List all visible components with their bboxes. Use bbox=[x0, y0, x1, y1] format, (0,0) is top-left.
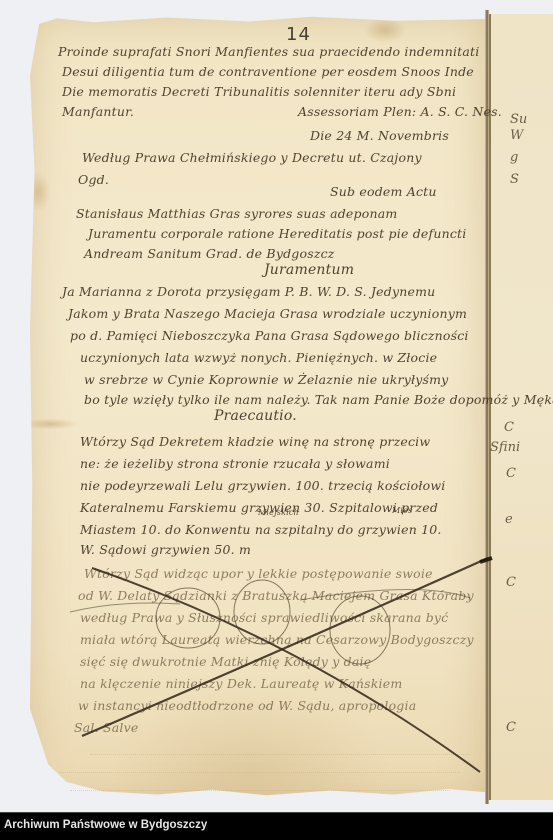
section-heading-juramentum: Juramentum bbox=[264, 262, 354, 278]
manuscript-line: Według Prawa Chełmińskiego y Decretu ut.… bbox=[82, 150, 422, 165]
adjacent-page-fragment: Sfini bbox=[490, 440, 520, 455]
adjacent-page-fragment: C bbox=[506, 466, 516, 481]
juramentum-line: w srebrze w Cynie Koprownie w Żelaznie n… bbox=[84, 372, 448, 387]
manuscript-line: Proinde suprafati Snori Manfientes sua p… bbox=[58, 44, 479, 59]
adjacent-page-fragment: C bbox=[506, 720, 516, 735]
juramentum-line: po d. Pamięci Nieboszczyka Pana Grasa Są… bbox=[70, 328, 469, 343]
section-heading-praecautio: Praecautio. bbox=[214, 408, 297, 424]
praecautio-line: W. Sądowi grzywien 50. m bbox=[80, 542, 251, 557]
struck-line: miała wtórą Laureatą wierzchną na Cesarz… bbox=[80, 632, 474, 647]
document-viewer: 14 Proinde suprafati Snori Manfientes su… bbox=[0, 0, 553, 812]
manuscript-line: Sub eodem Actu bbox=[330, 184, 437, 199]
bleed-through-text bbox=[60, 760, 460, 773]
interlinear-note: Miejskich bbox=[258, 508, 299, 517]
praecautio-line: Wtórzy Sąd Dekretem kładzie winę na stro… bbox=[80, 434, 430, 449]
adjacent-page-fragment: Su bbox=[510, 112, 527, 127]
struck-line: Sal. Salve bbox=[74, 720, 138, 735]
manuscript-line: Ogd. bbox=[78, 172, 109, 187]
manuscript-line: Die memoratis Decreti Tribunalitis solen… bbox=[62, 84, 456, 99]
struck-line: na klęczenie niniejszy Dek. Laureatę w K… bbox=[80, 676, 402, 691]
archive-attribution: Archiwum Państwowe w Bydgoszczy bbox=[4, 819, 207, 831]
praecautio-line: nie podeyrzewali Lelu grzywien. 100. trz… bbox=[80, 478, 445, 493]
struck-line: od W. Delaty Sądzianki z Bratuszką Macie… bbox=[78, 588, 474, 603]
juramentum-line: Jakom y Brata Naszego Macieja Grasa wrod… bbox=[68, 306, 467, 321]
manuscript-line: Die 24 M. Novembris bbox=[310, 128, 449, 143]
praecautio-line: ne: że ieżeliby strona stronie rzucała y… bbox=[80, 456, 390, 471]
adjacent-page-fragment: e bbox=[505, 512, 513, 527]
folio-number: 14 bbox=[286, 24, 311, 45]
bleed-through-text bbox=[90, 742, 470, 755]
manuscript-line: Desui diligentia tum de contraventione p… bbox=[62, 64, 474, 79]
manuscript-line: Manfantur. bbox=[62, 104, 134, 119]
struck-line: według Prawa y Słuszności sprawiedliwośc… bbox=[80, 610, 448, 625]
adjacent-page-fragment: W bbox=[510, 128, 523, 143]
footer-bar: Archiwum Państwowe w Bydgoszczy bbox=[0, 812, 553, 840]
adjacent-page-fragment: C bbox=[504, 420, 514, 435]
juramentum-line: uczynionych lata wzwyż nonych. Pieniężny… bbox=[80, 350, 437, 365]
struck-line: Wtórzy Sąd widząc upor y lekkie postępow… bbox=[84, 566, 433, 581]
adjacent-page-fragment: C bbox=[506, 575, 516, 590]
juramentum-line: Ja Marianna z Dorota przysięgam P. B. W.… bbox=[62, 284, 435, 299]
manuscript-line: Stanisłaus Matthias Gras syrores suas ad… bbox=[76, 206, 397, 221]
manuscript-line: Andream Sanitum Grad. de Bydgoszcz bbox=[84, 246, 335, 261]
manuscript-line: Juramentu corporale ratione Hereditatis … bbox=[88, 226, 466, 241]
adjacent-page-fragment: g bbox=[510, 150, 518, 165]
manuscript-line: Assessoriam Plen: A. S. C. Nes. bbox=[298, 104, 502, 119]
adjacent-page-fragment: S bbox=[510, 172, 519, 187]
bleed-through-text bbox=[70, 778, 450, 791]
juramentum-line: bo tyle wzięły tylko ile nam należy. Tak… bbox=[84, 392, 553, 407]
interlinear-note: Mies bbox=[392, 506, 412, 515]
struck-line: sięć się dwukrotnie Matki znię Kolędy y … bbox=[80, 654, 371, 669]
struck-line: w instancyi nieodtłodrzone od W. Sądu, a… bbox=[78, 698, 416, 713]
praecautio-line: Miastem 10. do Konwentu na szpitalny do … bbox=[80, 522, 442, 537]
